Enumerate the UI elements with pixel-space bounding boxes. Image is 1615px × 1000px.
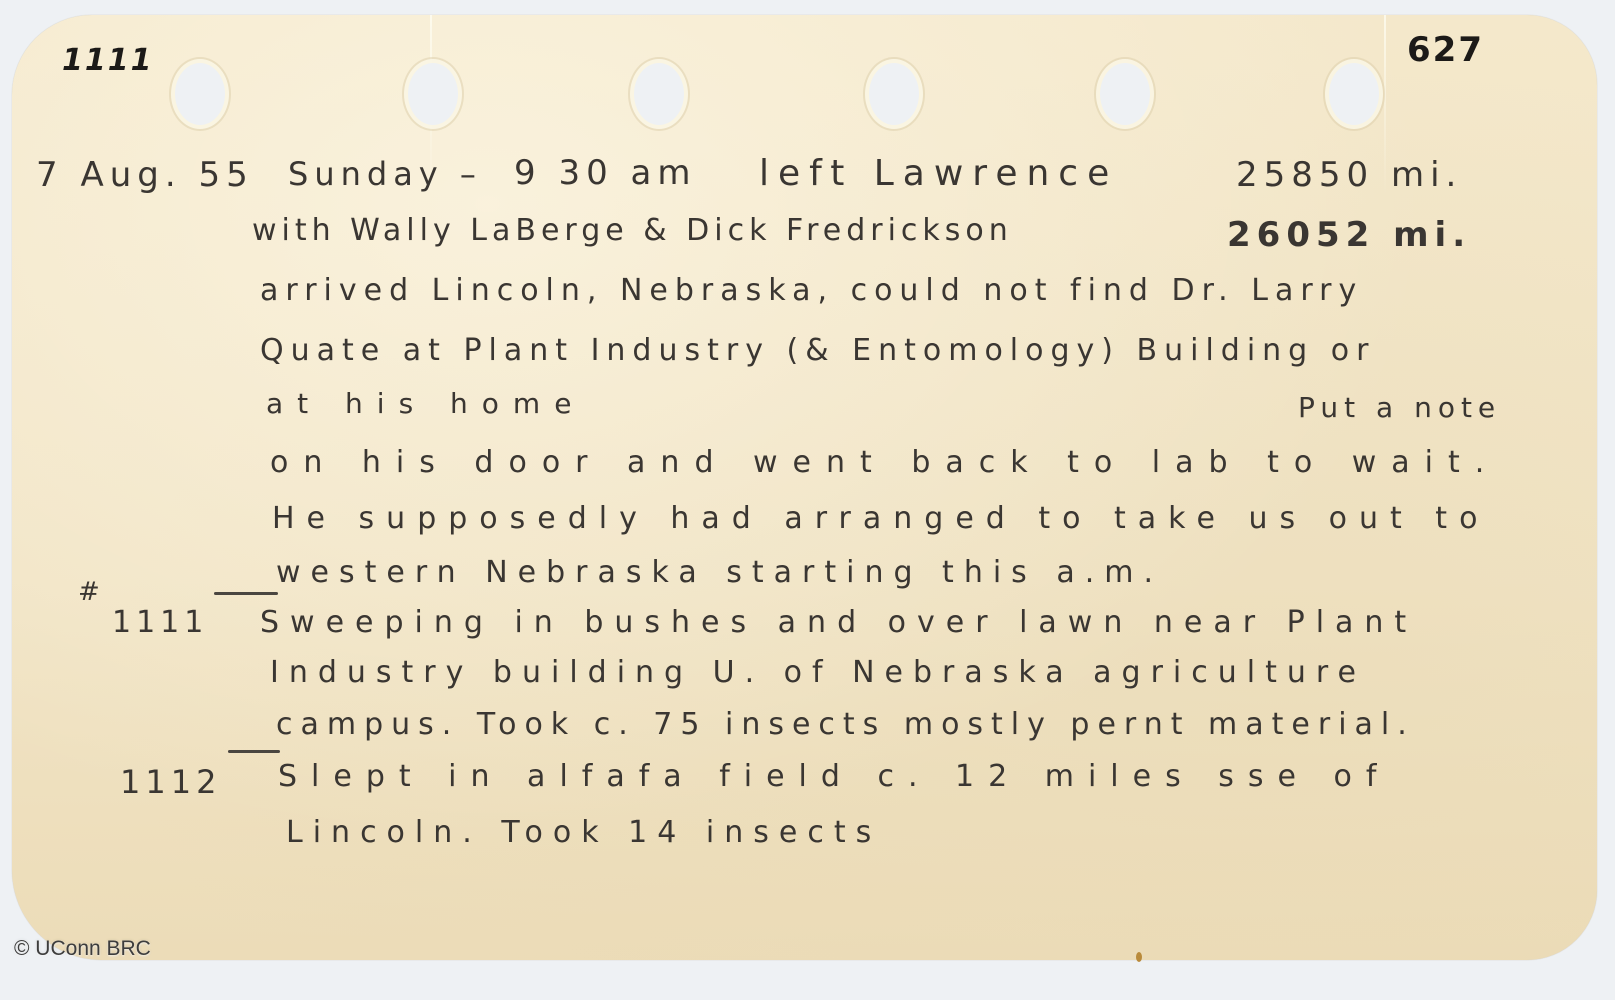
journal-line: Put a note: [1298, 391, 1501, 424]
collection-marker: #: [78, 577, 106, 607]
collection-line: campus. Took c. 75 insects mostly pernt …: [276, 707, 1415, 742]
notebook-card: 1111 627 7 Aug. 55 Sunday – 9 30 am left…: [12, 15, 1597, 960]
scanned-card-image: 1111 627 7 Aug. 55 Sunday – 9 30 am left…: [0, 0, 1615, 1000]
page-number: 627: [1407, 30, 1484, 70]
separator-stroke: [214, 592, 278, 595]
collection-line: Slept in alfafa field c. 12 miles sse of: [278, 759, 1390, 794]
entry-date: 7 Aug. 55: [36, 155, 254, 195]
collection-number: 1112: [120, 763, 221, 801]
collection-line: Industry building U. of Nebraska agricul…: [270, 655, 1366, 690]
collection-number: 1111: [112, 605, 208, 640]
journal-line: on his door and went back to lab to wait…: [270, 445, 1499, 480]
punch-hole: [869, 63, 919, 125]
journal-line: Quate at Plant Industry (& Entomology) B…: [260, 333, 1375, 368]
punch-hole: [408, 63, 458, 125]
companions-text: with Wally LaBerge & Dick Fredrickson: [252, 213, 1013, 248]
departure-time: 9 30 am: [514, 153, 696, 193]
odometer-start: 25850 mi.: [1236, 155, 1462, 195]
punch-hole: [1329, 63, 1379, 125]
catalog-mark: 1111: [62, 43, 154, 78]
journal-line: western Nebraska starting this a.m.: [276, 555, 1163, 590]
punch-hole: [1100, 63, 1150, 125]
copyright-watermark: © UConn BRC: [14, 937, 151, 961]
collection-line: Lincoln. Took 14 insects: [286, 815, 881, 850]
journal-line: at his home: [266, 387, 585, 420]
odometer-end: 26052 mi.: [1227, 215, 1471, 255]
journal-line: arrived Lincoln, Nebraska, could not fin…: [260, 273, 1363, 308]
punch-hole: [175, 63, 225, 125]
entry-day: Sunday –: [288, 155, 482, 193]
paper-stain: [1136, 952, 1142, 962]
punch-hole: [634, 63, 684, 125]
collection-line: Sweeping in bushes and over lawn near Pl…: [260, 605, 1417, 640]
journal-line: He supposedly had arranged to take us ou…: [272, 501, 1489, 536]
separator-stroke: [228, 750, 280, 753]
departure-text: left Lawrence: [759, 153, 1118, 194]
